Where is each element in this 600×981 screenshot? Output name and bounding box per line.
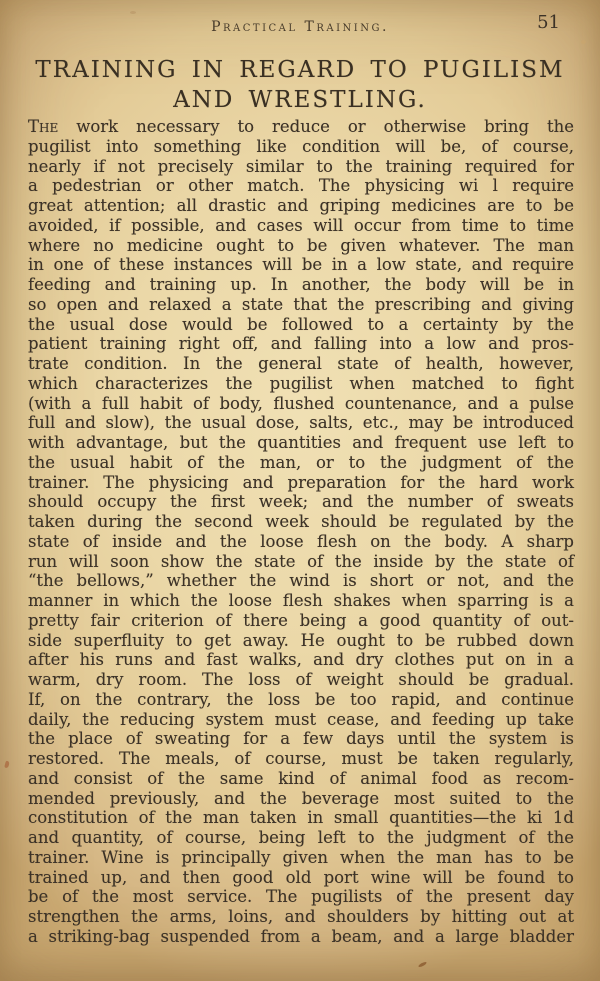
body-line: which characterizes the pugilist when ma… bbox=[28, 374, 574, 394]
page-number: 51 bbox=[537, 12, 560, 33]
body-line: mended previously, and the beverage most… bbox=[28, 789, 574, 809]
body-line: run will soon show the state of the insi… bbox=[28, 552, 574, 572]
body-line: side superfluity to get away. He ought t… bbox=[28, 631, 574, 651]
body-line: trained up, and then good old port wine … bbox=[28, 868, 574, 888]
body-line: nearly if not precisely similar to the t… bbox=[28, 157, 574, 177]
body-line: in one of these instances will be in a l… bbox=[28, 255, 574, 275]
body-line: where no medicine ought to be given what… bbox=[28, 236, 574, 256]
body-line: should occupy the first week; and the nu… bbox=[28, 492, 574, 512]
body-line: restored. The meals, of course, must be … bbox=[28, 749, 574, 769]
body-line: constitution of the man taken in small q… bbox=[28, 808, 574, 828]
body-line: and quantity, of course, being left to t… bbox=[28, 828, 574, 848]
body-line-first-rest: work necessary to reduce or otherwise br… bbox=[76, 117, 574, 136]
body-line: avoided, if possible, and cases will occ… bbox=[28, 216, 574, 236]
body-line: state of inside and the loose flesh on t… bbox=[28, 532, 574, 552]
body-line: full and slow), the usual dose, salts, e… bbox=[28, 413, 574, 433]
body-line: daily, the reducing system must cease, a… bbox=[28, 710, 574, 730]
chapter-title: TRAINING IN REGARD TO PUGILISMAND WRESTL… bbox=[0, 55, 600, 115]
body-line: the usual habit of the man, or to the ju… bbox=[28, 453, 574, 473]
body-line: warm, dry room. The loss of weight shoul… bbox=[28, 670, 574, 690]
body-line: the place of sweating for a few days unt… bbox=[28, 729, 574, 749]
body-line: manner in which the loose flesh shakes w… bbox=[28, 591, 574, 611]
paper-speck bbox=[130, 11, 136, 14]
body-line: pretty fair criterion of there being a g… bbox=[28, 611, 574, 631]
body-line: pugilist into something like condition w… bbox=[28, 137, 574, 157]
body-line: so open and relaxed a state that the pre… bbox=[28, 295, 574, 315]
body-line: “the bellows,” whether the wind is short… bbox=[28, 571, 574, 591]
body-line: (with a full habit of body, flushed coun… bbox=[28, 394, 574, 414]
body-line: and consist of the same kind of animal f… bbox=[28, 769, 574, 789]
body-line: a pedestrian or other match. The physici… bbox=[28, 176, 574, 196]
body-line: trate condition. In the general state of… bbox=[28, 354, 574, 374]
running-head: Practical Training. bbox=[0, 19, 600, 35]
body-text: The work necessary to reduce or otherwis… bbox=[28, 117, 574, 947]
body-line-first: The work necessary to reduce or otherwis… bbox=[28, 117, 574, 137]
paper-speck bbox=[581, 40, 586, 44]
body-line: feeding and training up. In another, the… bbox=[28, 275, 574, 295]
body-line: great attention; all drastic and griping… bbox=[28, 196, 574, 216]
body-line: taken during the second week should be r… bbox=[28, 512, 574, 532]
body-line: trainer. Wine is principally given when … bbox=[28, 848, 574, 868]
body-line: the usual dose would be followed to a ce… bbox=[28, 315, 574, 335]
chapter-title-line1: TRAINING IN REGARD TO PUGILISM bbox=[35, 57, 564, 83]
paper-speck bbox=[418, 961, 427, 968]
paper-speck bbox=[4, 761, 10, 769]
chapter-title-line2: AND WRESTLING. bbox=[173, 87, 427, 113]
body-line: with advantage, but the quantities and f… bbox=[28, 433, 574, 453]
book-page: Practical Training. 51 TRAINING IN REGAR… bbox=[0, 0, 600, 981]
body-line: strengthen the arms, loins, and shoulder… bbox=[28, 907, 574, 927]
body-line: patient training right off, and falling … bbox=[28, 334, 574, 354]
body-line: If, on the contrary, the loss be too rap… bbox=[28, 690, 574, 710]
body-line: a striking-bag suspended from a beam, an… bbox=[28, 927, 574, 947]
body-line: be of the most service. The pugilists of… bbox=[28, 887, 574, 907]
body-line: trainer. The physicing and preparation f… bbox=[28, 473, 574, 493]
body-line: after his runs and fast walks, and dry c… bbox=[28, 650, 574, 670]
lead-word: The bbox=[28, 117, 58, 136]
